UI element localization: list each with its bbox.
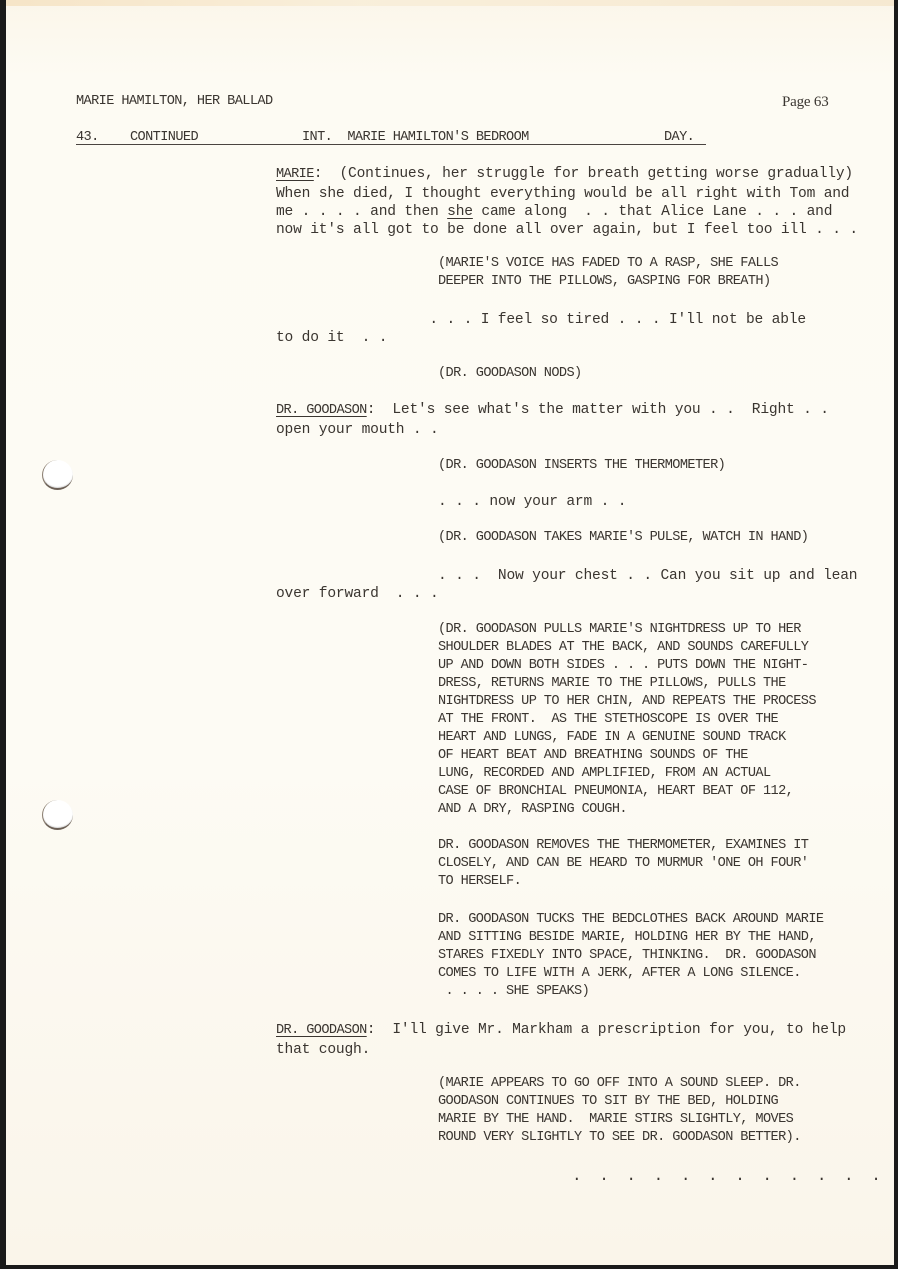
direction-line: LUNG, RECORDED AND AMPLIFIED, FROM AN AC…	[438, 764, 771, 784]
dialogue-line: : I'll give Mr. Markham a prescription f…	[367, 1022, 846, 1038]
direction-line: DRESS, RETURNS MARIE TO THE PILLOWS, PUL…	[438, 674, 786, 694]
scene-location: INT. MARIE HAMILTON'S BEDROOM	[302, 128, 529, 148]
direction-line: COMES TO LIFE WITH A JERK, AFTER A LONG …	[438, 964, 801, 984]
document-title: MARIE HAMILTON, HER BALLAD	[76, 92, 273, 112]
direction-line: (DR. GOODASON PULLS MARIE'S NIGHTDRESS U…	[438, 620, 801, 640]
direction-line: MARIE BY THE HAND. MARIE STIRS SLIGHTLY,…	[438, 1110, 793, 1130]
dialogue-line: open your mouth . .	[276, 420, 439, 440]
direction-line: TO HERSELF.	[438, 872, 521, 892]
direction-line: DR. GOODASON REMOVES THE THERMOMETER, EX…	[438, 836, 808, 856]
script-page: MARIE HAMILTON, HER BALLAD Page 63 43. C…	[6, 0, 894, 1265]
scene-status: CONTINUED	[130, 128, 198, 148]
dialogue-line: . . . I feel so tired . . . I'll not be …	[378, 310, 806, 330]
direction-line: (MARIE'S VOICE HAS FADED TO A RASP, SHE …	[438, 254, 778, 274]
dialogue-goodason-2: . . . now your arm . .	[438, 492, 626, 512]
direction-line: CASE OF BRONCHIAL PNEUMONIA, HEART BEAT …	[438, 782, 793, 802]
direction-line: HEART AND LUNGS, FADE IN A GENUINE SOUND…	[438, 728, 786, 748]
direction-line: (MARIE APPEARS TO GO OFF INTO A SOUND SL…	[438, 1074, 801, 1094]
dialogue-line: came along . . that Alice Lane . . . and	[473, 204, 832, 220]
dialogue-line: . . . Now your chest . . Can you sit up …	[438, 566, 857, 586]
scene-number: 43.	[76, 128, 99, 148]
dialogue-line: me . . . . and then	[276, 204, 447, 220]
direction-line: ROUND VERY SLIGHTLY TO SEE DR. GOODASON …	[438, 1128, 801, 1148]
dialogue-line: When she died, I thought everything woul…	[276, 184, 849, 204]
continuation-mark: . . . . . . . . . . . . ./	[572, 1166, 898, 1186]
direction-line: GOODASON CONTINUES TO SIT BY THE BED, HO…	[438, 1092, 778, 1112]
direction-4: (DR. GOODASON TAKES MARIE'S PULSE, WATCH…	[438, 528, 808, 548]
punch-hole	[42, 800, 73, 830]
direction-line: AND A DRY, RASPING COUGH.	[438, 800, 627, 820]
direction-line: . . . . SHE SPEAKS)	[438, 982, 589, 1002]
direction-line: AND SITTING BESIDE MARIE, HOLDING HER BY…	[438, 928, 816, 948]
dialogue-line: : Let's see what's the matter with you .…	[367, 402, 829, 418]
speaker-name: DR. GOODASON	[276, 1023, 367, 1038]
direction-3: (DR. GOODASON INSERTS THE THERMOMETER)	[438, 456, 725, 476]
dialogue-line: over forward . . .	[276, 584, 439, 604]
direction-line: OF HEART BEAT AND BREATHING SOUNDS OF TH…	[438, 746, 748, 766]
direction-line: SHOULDER BLADES AT THE BACK, AND SOUNDS …	[438, 638, 808, 658]
direction-2: (DR. GOODASON NODS)	[438, 364, 582, 384]
dialogue-line: that cough.	[276, 1040, 370, 1060]
direction-line: AT THE FRONT. AS THE STETHOSCOPE IS OVER…	[438, 710, 778, 730]
speaker-name: DR. GOODASON	[276, 403, 367, 418]
direction-line: DEEPER INTO THE PILLOWS, GASPING FOR BRE…	[438, 272, 771, 292]
direction-line: DR. GOODASON TUCKS THE BEDCLOTHES BACK A…	[438, 910, 823, 930]
heading-underline	[76, 144, 706, 145]
direction-line: NIGHTDRESS UP TO HER CHIN, AND REPEATS T…	[438, 692, 816, 712]
direction-line: UP AND DOWN BOTH SIDES . . . PUTS DOWN T…	[438, 656, 808, 676]
speaker-name: MARIE	[276, 167, 314, 182]
direction-line: STARES FIXEDLY INTO SPACE, THINKING. DR.…	[438, 946, 816, 966]
page-number: Page 63	[782, 92, 829, 112]
punch-hole	[42, 460, 73, 490]
dialogue-line: now it's all got to be done all over aga…	[276, 220, 858, 240]
dialogue-line: : (Continues, her struggle for breath ge…	[314, 166, 853, 182]
emphasis-word: she	[447, 204, 473, 220]
direction-line: CLOSELY, AND CAN BE HEARD TO MURMUR 'ONE…	[438, 854, 808, 874]
scene-time: DAY.	[664, 128, 694, 148]
dialogue-line: to do it . .	[276, 328, 387, 348]
